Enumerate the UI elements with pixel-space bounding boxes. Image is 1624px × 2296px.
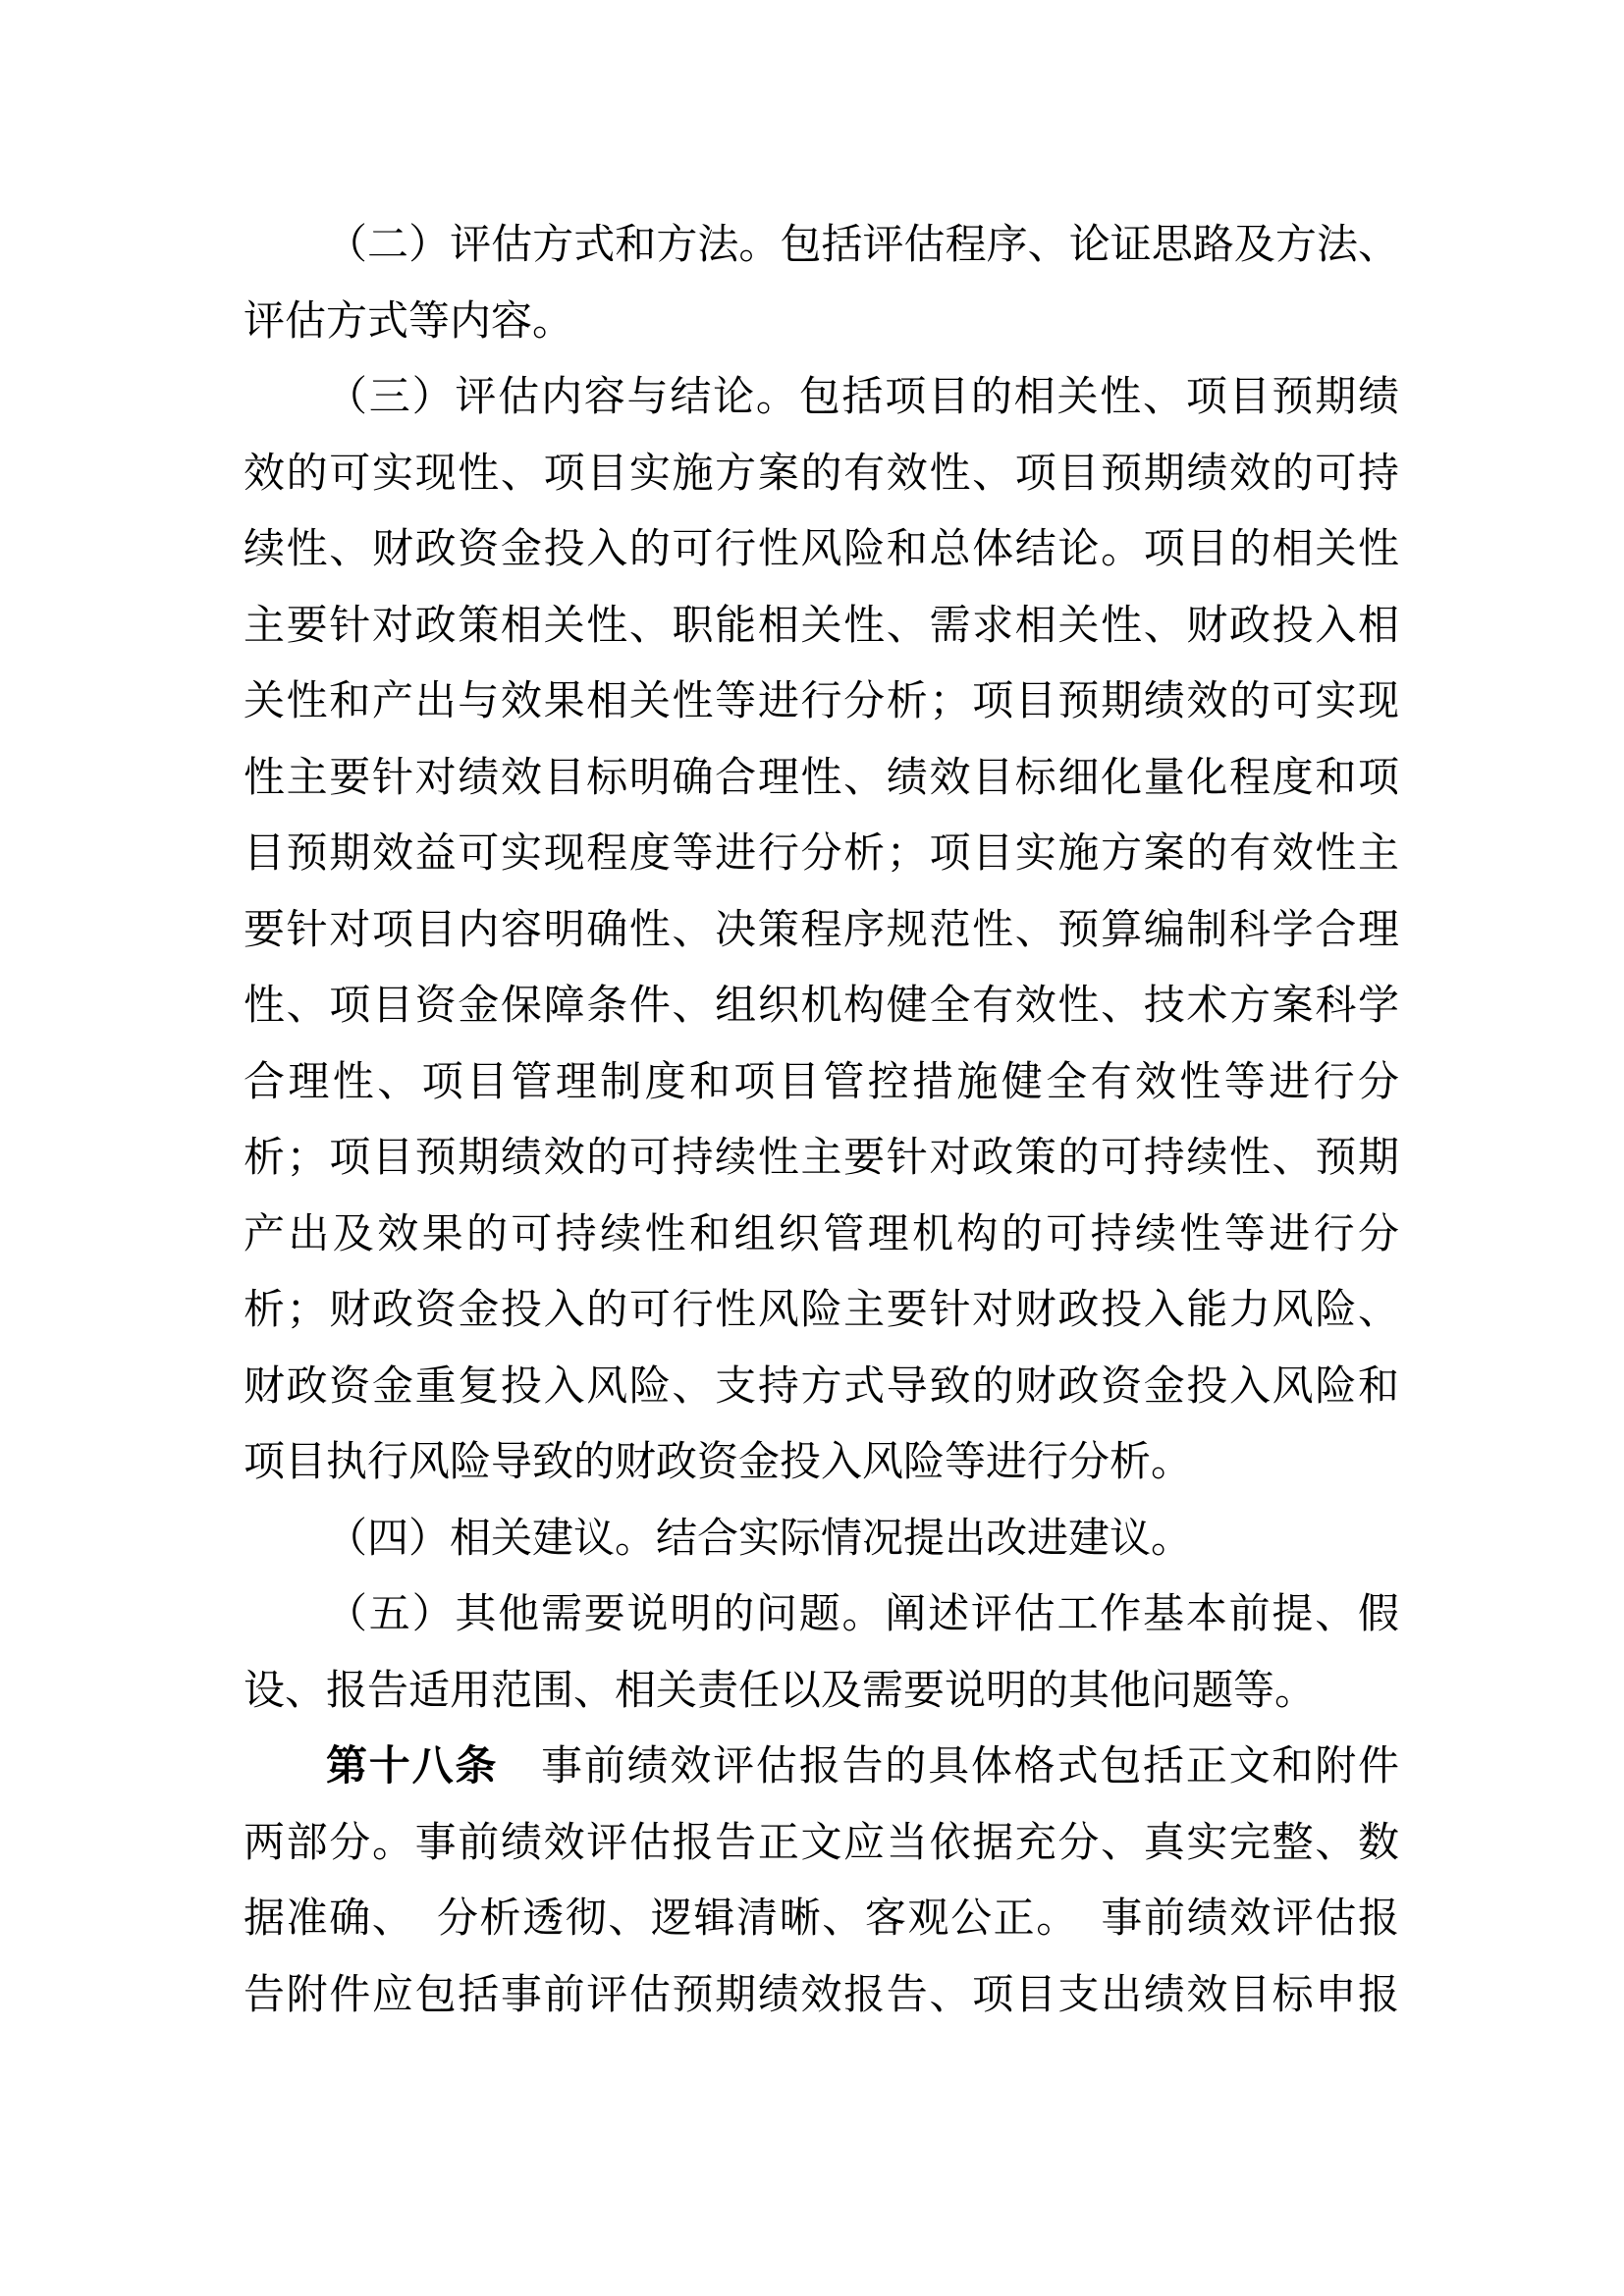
paragraph: （五）其他需要说明的问题。阐述评估工作基本前提、假设、报告适用范围、相关责任以及… — [244, 1575, 1399, 1728]
article-number: 第十八条 — [326, 1741, 498, 1789]
paragraph: （四）相关建议。结合实际情况提出改进建议。 — [244, 1500, 1399, 1576]
text-line: 告附件应包括事前评估预期绩效报告、项目支出绩效目标申报 — [244, 1956, 1399, 2033]
text-line: 第十八条 事前绩效评估报告的具体格式包括正文和附件 — [244, 1728, 1399, 1804]
text-line: 目预期效益可实现程度等进行分析；项目实施方案的有效性主 — [244, 815, 1399, 891]
text-line: 两部分。事前绩效评估报告正文应当依据充分、真实完整、数 — [244, 1804, 1399, 1881]
text-line: 产出及效果的可持续性和组织管理机构的可持续性等进行分 — [244, 1196, 1399, 1272]
text-line: 财政资金重复投入风险、支持方式导致的财政资金投入风险和 — [244, 1348, 1399, 1424]
paragraph: 第十八条 事前绩效评估报告的具体格式包括正文和附件两部分。事前绩效评估报告正文应… — [244, 1728, 1399, 2032]
line-text: 事前绩效评估报告的具体格式包括正文和附件 — [498, 1741, 1399, 1789]
text-line: 性、项目资金保障条件、组织机构健全有效性、技术方案科学 — [244, 967, 1399, 1043]
text-line: （三）评估内容与结论。包括项目的相关性、项目预期绩 — [244, 358, 1399, 435]
text-line: 合理性、项目管理制度和项目管控措施健全有效性等进行分 — [244, 1043, 1399, 1120]
paragraph: （二）评估方式和方法。包括评估程序、论证思路及方法、评估方式等内容。 — [244, 206, 1399, 358]
paragraph: （三）评估内容与结论。包括项目的相关性、项目预期绩效的可实现性、项目实施方案的有… — [244, 358, 1399, 1500]
text-line: 项目执行风险导致的财政资金投入风险等进行分析。 — [244, 1423, 1399, 1500]
text-line: 析；项目预期绩效的可持续性主要针对政策的可持续性、预期 — [244, 1119, 1399, 1196]
text-line: 主要针对政策相关性、职能相关性、需求相关性、财政投入相 — [244, 587, 1399, 664]
text-line: 评估方式等内容。 — [244, 283, 1399, 359]
text-line: （五）其他需要说明的问题。阐述评估工作基本前提、假 — [244, 1575, 1399, 1652]
text-line: 要针对项目内容明确性、决策程序规范性、预算编制科学合理 — [244, 891, 1399, 968]
text-line: 效的可实现性、项目实施方案的有效性、项目预期绩效的可持 — [244, 435, 1399, 511]
text-line: 性主要针对绩效目标明确合理性、绩效目标细化量化程度和项 — [244, 739, 1399, 816]
text-line: 设、报告适用范围、相关责任以及需要说明的其他问题等。 — [244, 1652, 1399, 1729]
text-line: 析；财政资金投入的可行性风险主要针对财政投入能力风险、 — [244, 1271, 1399, 1348]
text-line: （四）相关建议。结合实际情况提出改进建议。 — [244, 1500, 1399, 1576]
text-line: 据准确、 分析透彻、逻辑清晰、客观公正。 事前绩效评估报 — [244, 1880, 1399, 1956]
text-line: 续性、财政资金投入的可行性风险和总体结论。项目的相关性 — [244, 510, 1399, 587]
text-line: （二）评估方式和方法。包括评估程序、论证思路及方法、 — [244, 206, 1399, 283]
text-line: 关性和产出与效果相关性等进行分析；项目预期绩效的可实现 — [244, 663, 1399, 739]
document-page: （二）评估方式和方法。包括评估程序、论证思路及方法、评估方式等内容。（三）评估内… — [244, 206, 1399, 2032]
